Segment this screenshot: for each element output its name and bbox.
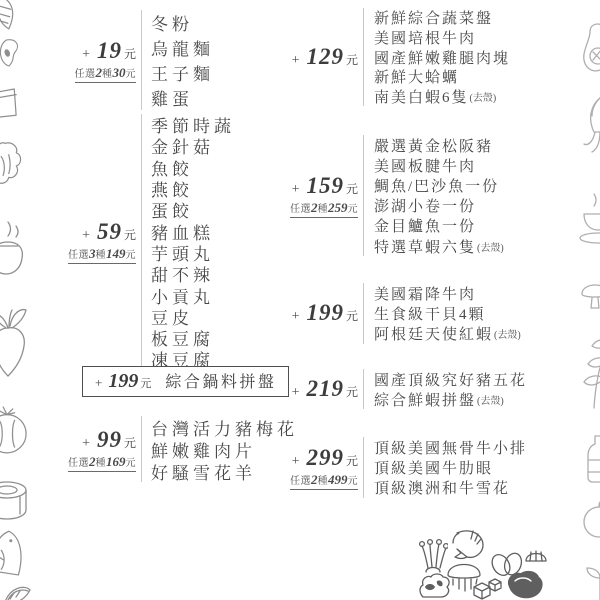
price-amount: 19 xyxy=(97,38,122,64)
price-amount: 129 xyxy=(306,44,344,70)
mussel-icon xyxy=(490,550,524,578)
combo-deal: 任選3種149元 xyxy=(68,246,136,264)
plus-sign: + xyxy=(292,454,300,470)
lemon-wedge-icon xyxy=(2,582,32,600)
currency-unit: 元 xyxy=(140,375,151,391)
avocado-icon xyxy=(578,20,600,78)
leaf-branch-icon xyxy=(572,326,600,414)
canned-fish-icon xyxy=(0,478,30,526)
menu-item: 新鮮綜合蔬菜盤 xyxy=(374,8,510,28)
combo-deal: 任選2種499元 xyxy=(290,472,358,490)
teacup-icon xyxy=(574,190,600,252)
menu-item: 特選草蝦六隻(去殼) xyxy=(374,236,504,256)
sauce-bottle-icon xyxy=(584,434,600,484)
menu-item: 綜合鮮蝦拼盤(去殼) xyxy=(374,389,527,409)
tofu-block-icon xyxy=(0,84,18,124)
item-list: 美國霜降牛肉生食級干貝4顆阿根廷天使紅蝦(去殼) xyxy=(364,283,521,344)
mushroom-pair-icon xyxy=(578,274,600,322)
menu-item: 芋頭丸 xyxy=(151,242,235,263)
price-column: +129元 xyxy=(292,44,358,70)
currency-unit: 元 xyxy=(346,307,358,324)
group-price: +99元 xyxy=(82,427,136,453)
price-column: +19元任選2種30元 xyxy=(56,38,136,83)
menu-item: 小貢丸 xyxy=(151,284,235,305)
clam-icon xyxy=(522,544,550,566)
group-price: +299元 xyxy=(292,445,358,471)
menu-item: 美國霜降牛肉 xyxy=(374,283,521,303)
plus-sign: + xyxy=(82,228,90,244)
menu-item: 鯛魚/巴沙魚一份 xyxy=(374,175,504,195)
plus-sign: + xyxy=(292,53,300,69)
bean-icon xyxy=(0,36,22,70)
menu-item: 金目鱸魚一份 xyxy=(374,216,504,236)
group-price: +219元 xyxy=(292,376,358,402)
menu-item: 烏龍麵 xyxy=(151,35,214,60)
menu-page: +19元任選2種30元冬粉烏龍麵王子麵雞蛋+59元任選3種149元季節時蔬金針菇… xyxy=(0,0,600,600)
teapot-icon xyxy=(0,218,28,290)
currency-unit: 元 xyxy=(124,434,136,451)
menu-item: 鮮嫩雞肉片 xyxy=(151,438,298,460)
item-list: 頂級美國無骨牛小排頂級美國牛肋眼頂級澳洲和牛雪花 xyxy=(364,437,527,498)
item-list: 台灣活力豬梅花鮮嫩雞肉片好騷雪花羊 xyxy=(142,416,298,482)
radish-icon xyxy=(0,304,30,382)
round-fruit-icon xyxy=(580,494,600,540)
tomato-icon xyxy=(0,396,28,460)
menu-item: 台灣活力豬梅花 xyxy=(151,416,298,438)
menu-item: 生食級干貝4顆 xyxy=(374,303,521,323)
menu-group-right-2: +199元美國霜降牛肉生食級干貝4顆阿根廷天使紅蝦(去殼) xyxy=(292,283,521,344)
menu-item: 季節時蔬 xyxy=(151,114,235,135)
fish-slice-icon xyxy=(0,528,26,582)
combo-deal: 任選2種259元 xyxy=(290,200,358,218)
menu-item: 南美白蝦6隻(去殼) xyxy=(374,87,510,107)
menu-item: 頂級美國無骨牛小排 xyxy=(374,437,527,457)
item-list: 冬粉烏龍麵王子麵雞蛋 xyxy=(142,10,214,110)
price-amount: 59 xyxy=(97,219,122,245)
combo-deal: 任選2種169元 xyxy=(68,454,136,472)
plus-sign: + xyxy=(95,375,102,391)
plus-sign: + xyxy=(82,47,90,63)
menu-item: 王子麵 xyxy=(151,60,214,85)
currency-unit: 元 xyxy=(124,45,136,62)
group-price: +19元 xyxy=(82,38,136,64)
menu-item: 豆皮 xyxy=(151,306,235,327)
price-column: +299元任選2種499元 xyxy=(292,445,358,490)
maitake-icon xyxy=(416,570,452,600)
menu-group-right-3: +219元國產頂級究好豬五花綜合鮮蝦拼盤(去殼) xyxy=(292,369,527,409)
striped-leaf-icon xyxy=(0,0,20,32)
plus-sign: + xyxy=(292,182,300,198)
squid-icon xyxy=(580,96,600,166)
item-list: 嚴選黃金松阪豬美國板腱牛肉鯛魚/巴沙魚一份澎湖小卷一份金目鱸魚一份特選草蝦六隻(… xyxy=(364,135,504,256)
price-amount: 199 xyxy=(108,370,138,393)
menu-group-right-4: +299元任選2種499元頂級美國無骨牛小排頂級美國牛肋眼頂級澳洲和牛雪花 xyxy=(292,437,527,498)
menu-item: 新鮮大蛤蠣 xyxy=(374,67,510,87)
menu-group-left-3: +99元任選2種169元台灣活力豬梅花鮮嫩雞肉片好騷雪花羊 xyxy=(56,416,298,482)
price-amount: 219 xyxy=(306,376,344,402)
menu-item: 國產頂級究好豬五花 xyxy=(374,369,527,389)
combo-platter-box: +199元綜合鍋料拼盤 xyxy=(82,366,289,397)
price-amount: 299 xyxy=(306,445,344,471)
menu-item: 美國板腱牛肉 xyxy=(374,155,504,175)
menu-item: 國產鮮嫩雞腿肉塊 xyxy=(374,47,510,67)
price-amount: 99 xyxy=(97,427,122,453)
braised-pork-icon xyxy=(502,566,546,600)
currency-unit: 元 xyxy=(346,452,358,469)
enoki-icon xyxy=(418,534,448,574)
price-amount: 159 xyxy=(306,173,344,199)
item-list: 國產頂級究好豬五花綜合鮮蝦拼盤(去殼) xyxy=(364,369,527,409)
menu-item: 魚餃 xyxy=(151,157,235,178)
currency-unit: 元 xyxy=(124,226,136,243)
shelled-note: (去殼) xyxy=(470,89,497,104)
menu-item: 嚴選黃金松阪豬 xyxy=(374,135,504,155)
price-column: +159元任選2種259元 xyxy=(292,173,358,218)
sprout-icon xyxy=(582,564,600,600)
shiitake-icon xyxy=(444,558,484,594)
menu-item: 阿根廷天使紅蝦(去殼) xyxy=(374,323,521,343)
currency-unit: 元 xyxy=(346,383,358,400)
menu-item: 燕餃 xyxy=(151,178,235,199)
group-price: +129元 xyxy=(292,44,358,70)
currency-unit: 元 xyxy=(346,180,358,197)
price-amount: 199 xyxy=(306,300,344,326)
menu-item: 金針菇 xyxy=(151,135,235,156)
combo-platter-label: 綜合鍋料拼盤 xyxy=(165,369,276,392)
price-column: +59元任選3種149元 xyxy=(56,219,136,264)
menu-item: 澎湖小卷一份 xyxy=(374,196,504,216)
shelled-note: (去殼) xyxy=(477,239,504,254)
combo-deal: 任選2種30元 xyxy=(75,65,137,83)
menu-item: 頂級美國牛肋眼 xyxy=(374,457,527,477)
plus-sign: + xyxy=(292,309,300,325)
group-price: +159元 xyxy=(292,173,358,199)
item-list: 季節時蔬金針菇魚餃燕餃蛋餃豬血糕芋頭丸甜不辣小貢丸豆皮板豆腐凍豆腐 xyxy=(142,114,235,370)
plus-sign: + xyxy=(292,385,300,401)
price-column: +99元任選2種169元 xyxy=(56,427,136,472)
menu-item: 豬血糕 xyxy=(151,220,235,241)
group-price: +199元 xyxy=(292,300,358,326)
shelled-note: (去殼) xyxy=(477,392,504,407)
price-column: +199元 xyxy=(292,300,358,326)
menu-group-right-0: +129元新鮮綜合蔬菜盤美國培根牛肉國產鮮嫩雞腿肉塊新鮮大蛤蠣南美白蝦6隻(去殼… xyxy=(292,8,510,106)
group-price: +59元 xyxy=(82,219,136,245)
menu-item: 冬粉 xyxy=(151,10,214,35)
currency-unit: 元 xyxy=(346,51,358,68)
menu-group-right-1: +159元任選2種259元嚴選黃金松阪豬美國板腱牛肉鯛魚/巴沙魚一份澎湖小卷一份… xyxy=(292,135,504,256)
menu-item: 板豆腐 xyxy=(151,327,235,348)
plus-sign: + xyxy=(82,436,90,452)
menu-group-left-0: +19元任選2種30元冬粉烏龍麵王子麵雞蛋 xyxy=(56,10,214,110)
menu-item: 頂級澳洲和牛雪花 xyxy=(374,477,527,497)
menu-item: 雞蛋 xyxy=(151,85,214,110)
menu-item: 美國培根牛肉 xyxy=(374,28,510,48)
shrimp-icon xyxy=(450,526,488,562)
tofu-dice-icon xyxy=(470,576,506,600)
menu-item: 蛋餃 xyxy=(151,199,235,220)
menu-item: 好騷雪花羊 xyxy=(151,460,298,482)
shelled-note: (去殼) xyxy=(494,326,521,341)
menu-group-left-1: +59元任選3種149元季節時蔬金針菇魚餃燕餃蛋餃豬血糕芋頭丸甜不辣小貢丸豆皮板… xyxy=(56,114,235,370)
menu-item: 甜不辣 xyxy=(151,263,235,284)
item-list: 新鮮綜合蔬菜盤美國培根牛肉國產鮮嫩雞腿肉塊新鮮大蛤蠣南美白蝦6隻(去殼) xyxy=(364,8,510,106)
napa-cabbage-icon xyxy=(0,138,22,194)
price-column: +219元 xyxy=(292,376,358,402)
